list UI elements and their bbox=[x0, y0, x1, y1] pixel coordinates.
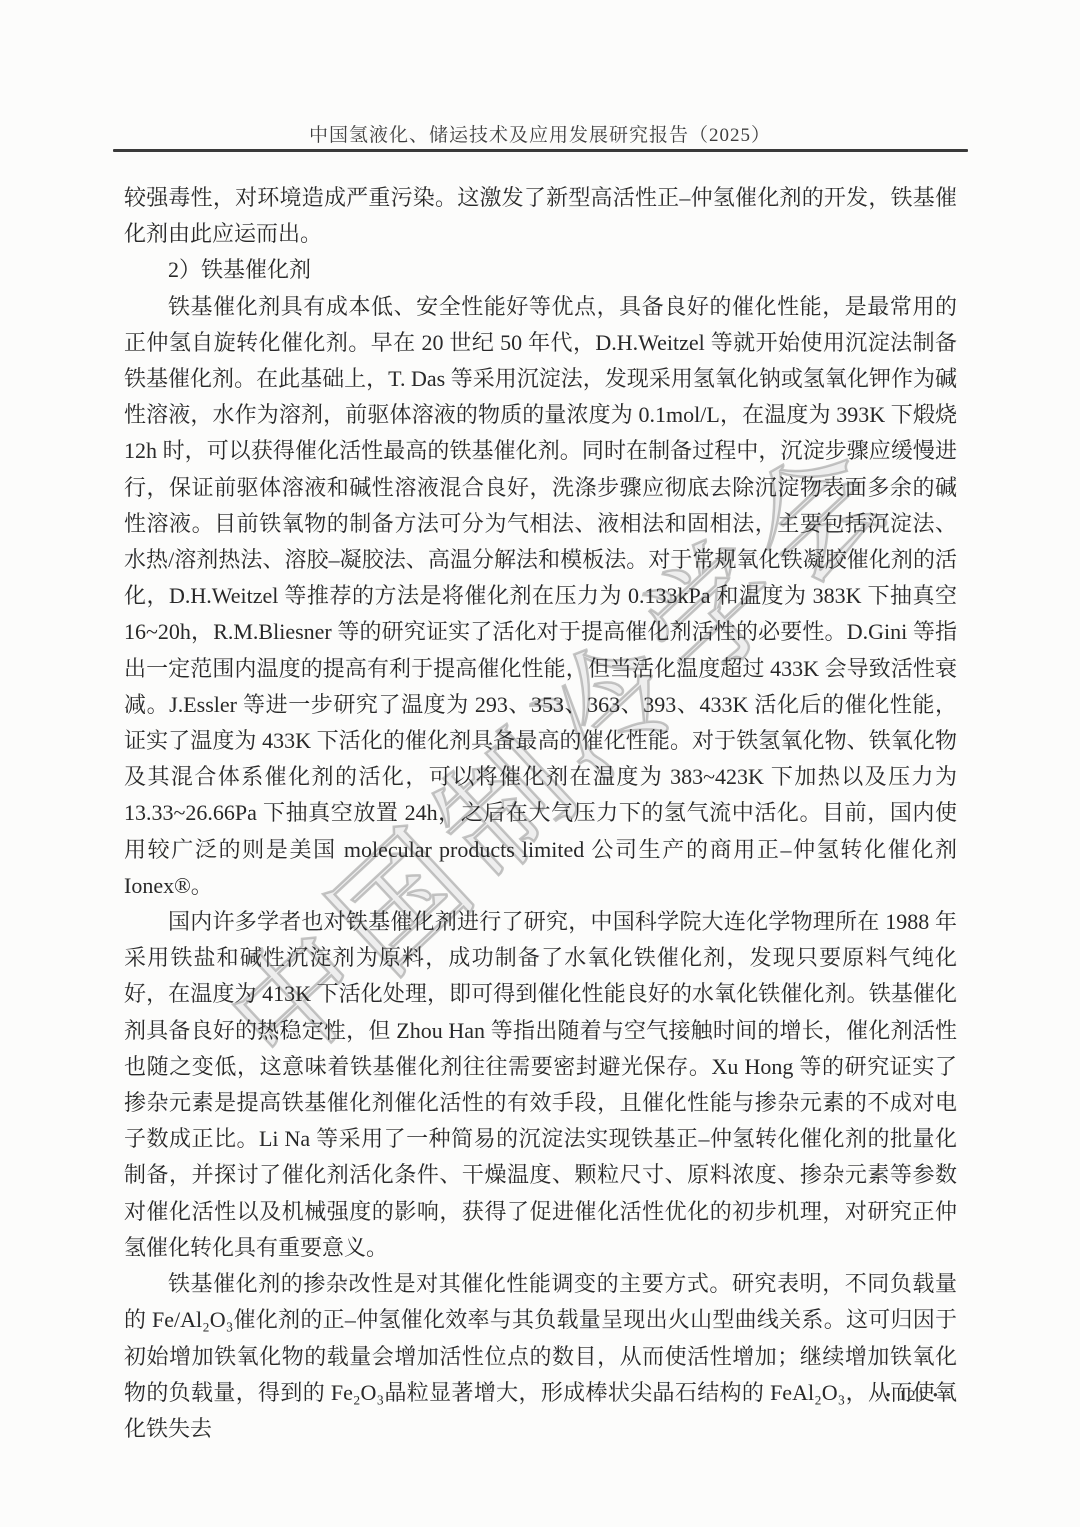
page-number: • 121 • bbox=[885, 1388, 940, 1405]
body-text: 较强毒性，对环境造成严重污染。这激发了新型高活性正–仲氢催化剂的开发，铁基催化剂… bbox=[124, 180, 957, 1447]
document-page: 中国氢液化、储运技术及应用发展研究报告（2025） 中国制冷学会 较强毒性，对环… bbox=[0, 0, 1080, 1527]
paragraph-iron-catalyst-overview: 铁基催化剂具有成本低、安全性能好等优点，具备良好的催化性能，是最常用的正仲氢自旋… bbox=[124, 289, 957, 904]
report-header-title: 中国氢液化、储运技术及应用发展研究报告（2025） bbox=[0, 120, 1080, 147]
header-rule bbox=[113, 149, 968, 152]
section-heading: 2）铁基催化剂 bbox=[124, 252, 957, 288]
paragraph-domestic-research: 国内许多学者也对铁基催化剂进行了研究，中国科学院大连化学物理所在 1988 年采… bbox=[124, 904, 957, 1266]
paragraph-continuation: 较强毒性，对环境造成严重污染。这激发了新型高活性正–仲氢催化剂的开发，铁基催化剂… bbox=[124, 180, 957, 252]
paragraph-doping-modification: 铁基催化剂的掺杂改性是对其催化性能调变的主要方式。研究表明，不同负载量的 Fe/… bbox=[124, 1266, 957, 1447]
